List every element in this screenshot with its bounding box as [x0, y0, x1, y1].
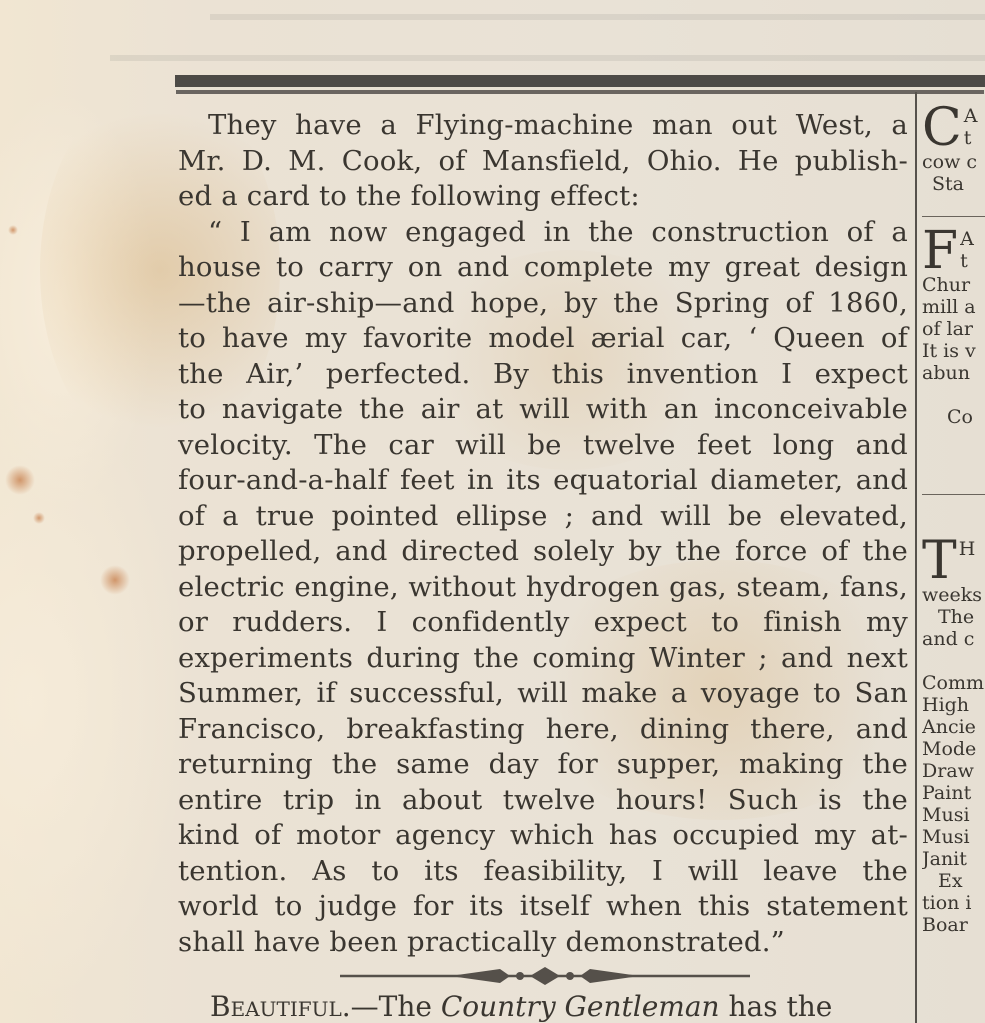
- article-line: to navigate the air at will with an inco…: [178, 392, 908, 428]
- side-line: Comm: [922, 672, 985, 694]
- side-line: Boar: [922, 914, 985, 936]
- side-line: tion i: [922, 892, 985, 914]
- article-line: Mr. D. M. Cook, of Mansfield, Ohio. He p…: [178, 144, 908, 180]
- drop-cap: F: [922, 228, 958, 274]
- article-line: the Air,’ perfected. By this invention I…: [178, 357, 908, 393]
- side-block-1: C A t cow c Sta: [922, 105, 985, 195]
- side-line: Mode: [922, 738, 985, 760]
- foxing-spot: [33, 512, 45, 524]
- side-rule: [922, 216, 985, 217]
- side-line: The: [922, 606, 985, 628]
- foxing-spot: [100, 565, 130, 595]
- side-line: Paint: [922, 782, 985, 804]
- article-line: They have a Flying-machine man out West,…: [178, 108, 908, 144]
- article-line: entire trip in about twelve hours! Such …: [178, 783, 908, 819]
- article-line: Francisco, breakfasting here, dining the…: [178, 712, 908, 748]
- article-line: “ I am now engaged in the construction o…: [178, 215, 908, 251]
- article-line: four-and-a-half feet in its equatorial d…: [178, 463, 908, 499]
- next-article-heading: Beautiful.—The Country Gentleman has the: [210, 990, 832, 1023]
- side-spacer: [922, 384, 985, 406]
- foxing-spot: [8, 225, 18, 235]
- article-line: experiments during the coming Winter ; a…: [178, 641, 908, 677]
- side-line: cow c: [922, 151, 985, 173]
- side-line: Sta: [922, 173, 985, 195]
- article-line: electric engine, without hydrogen gas, s…: [178, 570, 908, 606]
- ornamental-divider-icon: [340, 963, 750, 989]
- next-article-text: has the: [720, 990, 833, 1023]
- article-line: house to carry on and complete my great …: [178, 250, 908, 286]
- top-rule: [175, 75, 985, 90]
- side-line: and c: [922, 628, 985, 650]
- side-line: mill a: [922, 296, 985, 318]
- side-line: Musi: [922, 826, 985, 848]
- article-line: Summer, if successful, will make a voyag…: [178, 676, 908, 712]
- bleed-through-text: [110, 55, 985, 61]
- next-article-lead: Beautiful.: [210, 990, 351, 1023]
- side-column: C A t cow c Sta F A t Chur mill a of lar…: [922, 100, 985, 1023]
- publication-title: Country Gentleman: [441, 990, 720, 1023]
- side-spacer: [922, 650, 985, 672]
- article-body: They have a Flying-machine man out West,…: [178, 108, 908, 960]
- article-line: ed a card to the following effect:: [178, 179, 908, 215]
- article-line: or rudders. I confidently expect to fini…: [178, 605, 908, 641]
- foxing-spot: [5, 465, 35, 495]
- side-line: Draw: [922, 760, 985, 782]
- article-line: tention. As to its feasibility, I will l…: [178, 854, 908, 890]
- article-line: velocity. The car will be twelve feet lo…: [178, 428, 908, 464]
- side-line: It is v: [922, 340, 985, 362]
- side-line: Chur: [922, 274, 985, 296]
- article-line: kind of motor agency which has occupied …: [178, 818, 908, 854]
- side-line: abun: [922, 362, 985, 384]
- next-article-dash: —The: [351, 990, 441, 1023]
- article-line: of a true pointed ellipse ; and will be …: [178, 499, 908, 535]
- article-line: world to judge for its itself when this …: [178, 889, 908, 925]
- side-line: Janit: [922, 848, 985, 870]
- article-line: —the air-ship—and hope, by the Spring of…: [178, 286, 908, 322]
- side-line: Ancie: [922, 716, 985, 738]
- article-line: to have my favorite model ærial car, ‘ Q…: [178, 321, 908, 357]
- bleed-through-text: [210, 14, 985, 20]
- article-line: shall have been practically demonstrated…: [178, 925, 908, 961]
- side-rule: [922, 494, 985, 495]
- side-line: weeks: [922, 584, 985, 606]
- article-line: propelled, and directed solely by the fo…: [178, 534, 908, 570]
- column-divider: [915, 92, 917, 1023]
- side-line: Co: [922, 406, 985, 428]
- article-line: returning the same day for supper, makin…: [178, 747, 908, 783]
- side-block-2: F A t Chur mill a of lar It is v abun Co: [922, 228, 985, 428]
- side-block-3: T H weeks The and c Comm High Ancie Mode…: [922, 538, 985, 936]
- drop-cap: T: [922, 538, 957, 584]
- drop-cap: C: [922, 105, 962, 151]
- side-line: Ex: [922, 870, 985, 892]
- side-line: of lar: [922, 318, 985, 340]
- side-line: Musi: [922, 804, 985, 826]
- side-line: High: [922, 694, 985, 716]
